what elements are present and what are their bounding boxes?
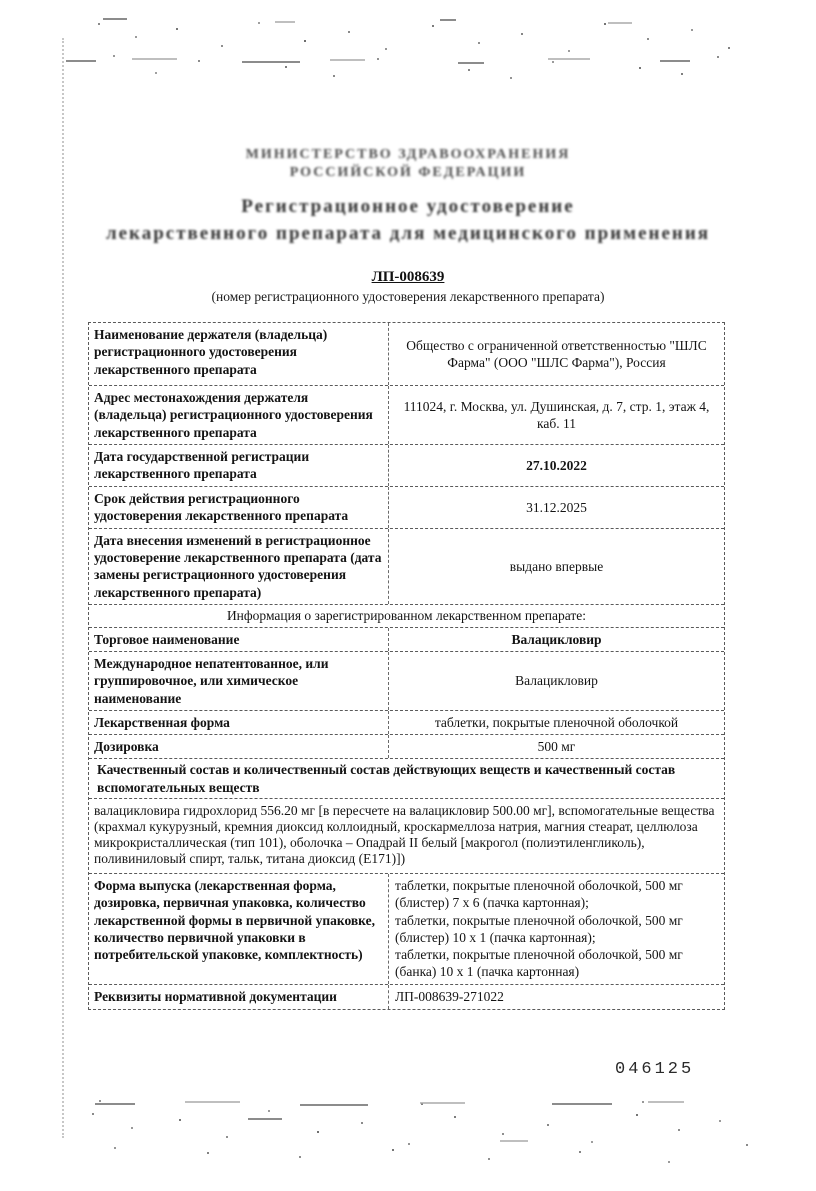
row-label: Адрес местонахождения держателя (владель… <box>89 386 389 444</box>
scan-dash <box>500 1140 528 1142</box>
stamp-number: 046125 <box>615 1060 694 1079</box>
scanned-registration-certificate: { "page": { "ministry_line1": "МИНИСТЕРС… <box>0 0 816 1191</box>
row-value: таблетки, покрытые пленочной оболочкой <box>389 711 724 734</box>
registration-number-caption: (номер регистрационного удостоверения ле… <box>0 289 816 305</box>
row-value: 500 мг <box>389 735 724 758</box>
table-row-dose: Дозировка 500 мг <box>89 734 724 758</box>
scan-dash <box>648 1101 684 1103</box>
row-value: таблетки, покрытые пленочной оболочкой, … <box>389 874 724 984</box>
scan-dash <box>458 62 484 64</box>
row-label: Дата внесения изменений в регистрационно… <box>89 529 389 604</box>
scan-dash <box>185 1101 240 1103</box>
scan-dash <box>242 61 300 63</box>
scan-noise-bottom <box>70 1095 72 1097</box>
scan-dash <box>440 19 456 21</box>
scan-dash <box>330 59 365 61</box>
row-label: Форма выпуска (лекарственная форма, дози… <box>89 874 389 984</box>
row-value: 27.10.2022 <box>389 445 724 486</box>
row-label: Дата государственной регистрации лекарст… <box>89 445 389 486</box>
table-row-changes-date: Дата внесения изменений в регистрационно… <box>89 528 724 604</box>
row-value: 31.12.2025 <box>389 487 724 528</box>
row-value: 111024, г. Москва, ул. Душинская, д. 7, … <box>389 386 724 444</box>
row-value: Валацикловир <box>389 652 724 710</box>
row-label: Лекарственная форма <box>89 711 389 734</box>
ministry-heading: МИНИСТЕРСТВО ЗДРАВООХРАНЕНИЯ РОССИЙСКОЙ … <box>0 146 816 182</box>
release-form-line: таблетки, покрытые пленочной оболочкой, … <box>395 877 714 912</box>
scan-dash <box>548 58 590 60</box>
scan-dash <box>132 58 177 60</box>
row-label: Торговое наименование <box>89 628 389 651</box>
table-row-composition: валацикловира гидрохлорид 556.20 мг [в п… <box>89 798 724 873</box>
certificate-table: Наименование держателя (владельца) регис… <box>88 322 725 1010</box>
scan-dash <box>66 60 96 62</box>
row-value: выдано впервые <box>389 529 724 604</box>
table-row-validity: Срок действия регистрационного удостовер… <box>89 486 724 528</box>
scan-dash <box>103 18 127 20</box>
scan-noise-top <box>80 14 82 16</box>
title-line-1: Регистрационное удостоверение <box>0 193 816 220</box>
scan-dash <box>608 22 632 24</box>
row-value: ЛП-008639-271022 <box>389 985 724 1009</box>
row-value: Валацикловир <box>389 628 724 651</box>
row-label: Международное непатентованное, или групп… <box>89 652 389 710</box>
registration-number: ЛП-008639 <box>0 269 816 286</box>
table-row-inn: Международное непатентованное, или групп… <box>89 651 724 710</box>
table-row-dosage-form: Лекарственная форма таблетки, покрытые п… <box>89 710 724 734</box>
row-label: Реквизиты нормативной документации <box>89 985 389 1009</box>
composition-text: валацикловира гидрохлорид 556.20 мг [в п… <box>89 799 724 873</box>
scan-dash <box>248 1118 282 1120</box>
ministry-line-2: РОССИЙСКОЙ ФЕДЕРАЦИИ <box>0 164 816 182</box>
row-label: Срок действия регистрационного удостовер… <box>89 487 389 528</box>
scan-dash <box>275 21 295 23</box>
table-row-info-header: Информация о зарегистрированном лекарств… <box>89 604 724 627</box>
composition-header: Качественный состав и количественный сос… <box>89 759 724 798</box>
table-row-trade-name: Торговое наименование Валацикловир <box>89 627 724 651</box>
document-title: Регистрационное удостоверение лекарствен… <box>0 193 816 247</box>
table-row-holder-name: Наименование держателя (владельца) регис… <box>89 323 724 385</box>
release-form-line: таблетки, покрытые пленочной оболочкой, … <box>395 912 714 947</box>
table-row-composition-header: Качественный состав и количественный сос… <box>89 758 724 798</box>
table-row-normative-docs: Реквизиты нормативной документации ЛП-00… <box>89 984 724 1009</box>
scan-dash <box>420 1102 465 1104</box>
scan-dash <box>95 1103 135 1105</box>
table-row-holder-address: Адрес местонахождения держателя (владель… <box>89 385 724 444</box>
row-label: Дозировка <box>89 735 389 758</box>
row-label: Наименование держателя (владельца) регис… <box>89 323 389 385</box>
release-form-line: таблетки, покрытые пленочной оболочкой, … <box>395 946 714 981</box>
scan-dash <box>300 1104 368 1106</box>
info-header: Информация о зарегистрированном лекарств… <box>89 605 724 627</box>
table-row-release-form: Форма выпуска (лекарственная форма, дози… <box>89 873 724 984</box>
scan-dash <box>660 60 690 62</box>
scan-dash <box>552 1103 612 1105</box>
title-line-2: лекарственного препарата для медицинског… <box>0 220 816 247</box>
table-row-registration-date: Дата государственной регистрации лекарст… <box>89 444 724 486</box>
ministry-line-1: МИНИСТЕРСТВО ЗДРАВООХРАНЕНИЯ <box>0 146 816 164</box>
row-value: Общество с ограниченной ответственностью… <box>389 323 724 385</box>
